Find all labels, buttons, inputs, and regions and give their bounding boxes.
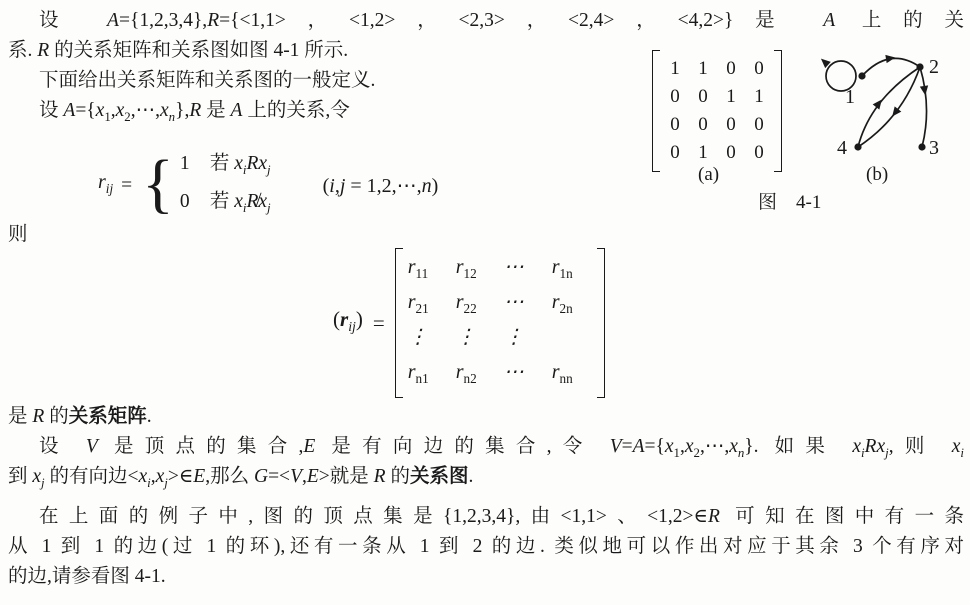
matrix-cell: 1 — [661, 54, 689, 84]
edge-2-4 — [858, 67, 920, 147]
relation-matrix-a: 1 1 0 0 0 0 1 1 0 0 0 0 0 1 0 0 — [652, 50, 782, 172]
matrix-cell: 1 — [745, 82, 773, 112]
general-matrix-grid: r11 r12 ⋯ r1n r21 r22 ⋯ r2n ⋮ ⋮ ⋮ rn1 rn… — [404, 253, 596, 393]
graph-node-2-dot — [916, 63, 923, 70]
relation-matrix-grid: 1 1 0 0 0 0 1 1 0 0 0 0 0 1 0 0 — [661, 55, 773, 167]
graph-node-1-label: 1 — [845, 86, 855, 108]
matrix-cell: rnn — [548, 357, 596, 394]
equals-sign: = — [121, 171, 132, 201]
graph-node-3-dot — [918, 143, 925, 150]
case-value-2: 0 — [180, 186, 210, 224]
text-line-v2: 到 xj 的有向边<xi,xj>∈E,那么 G=<V,E>就是 R 的关系图. — [8, 462, 964, 498]
matrix-cell: 0 — [661, 138, 689, 168]
matrix-cell: 0 — [745, 110, 773, 140]
matrix-cell: r21 — [404, 287, 452, 324]
matrix-cell: 1 — [689, 54, 717, 84]
case-condition-2: 若 xiR̸xj — [210, 186, 271, 224]
matrix-cell: 0 — [745, 54, 773, 84]
matrix-cell: ⋯ — [500, 357, 548, 394]
arrowhead-2-3 — [920, 85, 930, 96]
relation-graph-b: 1 2 4 3 — [790, 40, 970, 180]
caption-a: (a) — [698, 160, 719, 190]
textbook-page: 设 A={1,2,3,4},R={<1,1>，<1,2>，<2,3>，<2,4>… — [0, 0, 970, 605]
text-line-1: 设 A={1,2,3,4},R={<1,1>，<1,2>，<2,3>，<2,4>… — [8, 6, 964, 36]
equals-sign: = — [373, 308, 385, 338]
text-line-ex2: 从 1 到 1 的边(过 1 的环),还有一条从 1 到 2 的边. 类似地可以… — [8, 532, 964, 562]
matrix-cell: 1 — [717, 82, 745, 112]
matrix-cell: r2n — [548, 287, 596, 324]
matrix-cell: r11 — [404, 252, 452, 289]
case-brace: { — [142, 152, 174, 216]
case-rows: 1 若 xiRxj 0 若 xiR̸xj — [180, 148, 271, 224]
text-line-ex1: 在上面的例子中,图的顶点集是{1,2,3,4},由<1,1>、<1,2>∈R 可… — [8, 502, 964, 532]
graph-node-4-dot — [854, 143, 861, 150]
matrix-cell: ⋯ — [500, 252, 548, 289]
caption-b: (b) — [866, 160, 888, 190]
index-range: (i,j = 1,2,⋯,n) — [323, 171, 439, 201]
edge-4-2 — [858, 67, 920, 147]
matrix-cell: 0 — [745, 138, 773, 168]
matrix-cell: 0 — [717, 138, 745, 168]
matrix-cell: ⋯ — [500, 287, 548, 324]
general-matrix-lhs: (rij) — [333, 304, 363, 342]
matrix-cell: 0 — [689, 110, 717, 140]
figure-caption: 图 4-1 — [758, 188, 821, 218]
rij-definition-formula: rij = { 1 若 xiRxj 0 若 xiR̸xj (i,j = 1,2,… — [98, 148, 438, 224]
matrix-cell: 0 — [717, 110, 745, 140]
case-row-2: 0 若 xiR̸xj — [180, 186, 271, 224]
general-matrix-equation: (rij) = r11 r12 ⋯ r1n r21 r22 ⋯ r2n ⋮ ⋮ … — [333, 248, 605, 398]
graph-node-2-label: 2 — [929, 56, 939, 78]
case-row-1: 1 若 xiRxj — [180, 148, 271, 186]
matrix-cell: 0 — [689, 82, 717, 112]
matrix-cell: ⋮ — [452, 322, 500, 359]
matrix-cell: r22 — [452, 287, 500, 324]
case-condition-1: 若 xiRxj — [210, 148, 271, 186]
graph-node-4-label: 4 — [837, 137, 847, 159]
figure-4-1: 1 1 0 0 0 0 1 1 0 0 0 0 0 1 0 0 — [650, 42, 970, 234]
formula-lhs: rij — [98, 167, 113, 204]
matrix-cell: r1n — [548, 252, 596, 289]
matrix-cell: rn2 — [452, 357, 500, 394]
matrix-cell: 0 — [661, 110, 689, 140]
general-relation-matrix: r11 r12 ⋯ r1n r21 r22 ⋯ r2n ⋮ ⋮ ⋮ rn1 rn… — [395, 248, 605, 398]
edge-2-3 — [920, 67, 927, 147]
text-line-ex3: 的边,请参看图 4-1. — [8, 562, 964, 592]
graph-node-1-dot — [858, 72, 865, 79]
text-after-matrix: 是 R 的关系矩阵. — [8, 402, 964, 432]
graph-node-3-label: 3 — [929, 137, 939, 159]
matrix-cell: ⋮ — [404, 322, 452, 359]
matrix-cell: 0 — [717, 54, 745, 84]
matrix-cell: r12 — [452, 252, 500, 289]
matrix-cell: ⋮ — [500, 322, 548, 359]
matrix-cell: rn1 — [404, 357, 452, 394]
case-value-1: 1 — [180, 148, 210, 186]
matrix-cell: 0 — [661, 82, 689, 112]
